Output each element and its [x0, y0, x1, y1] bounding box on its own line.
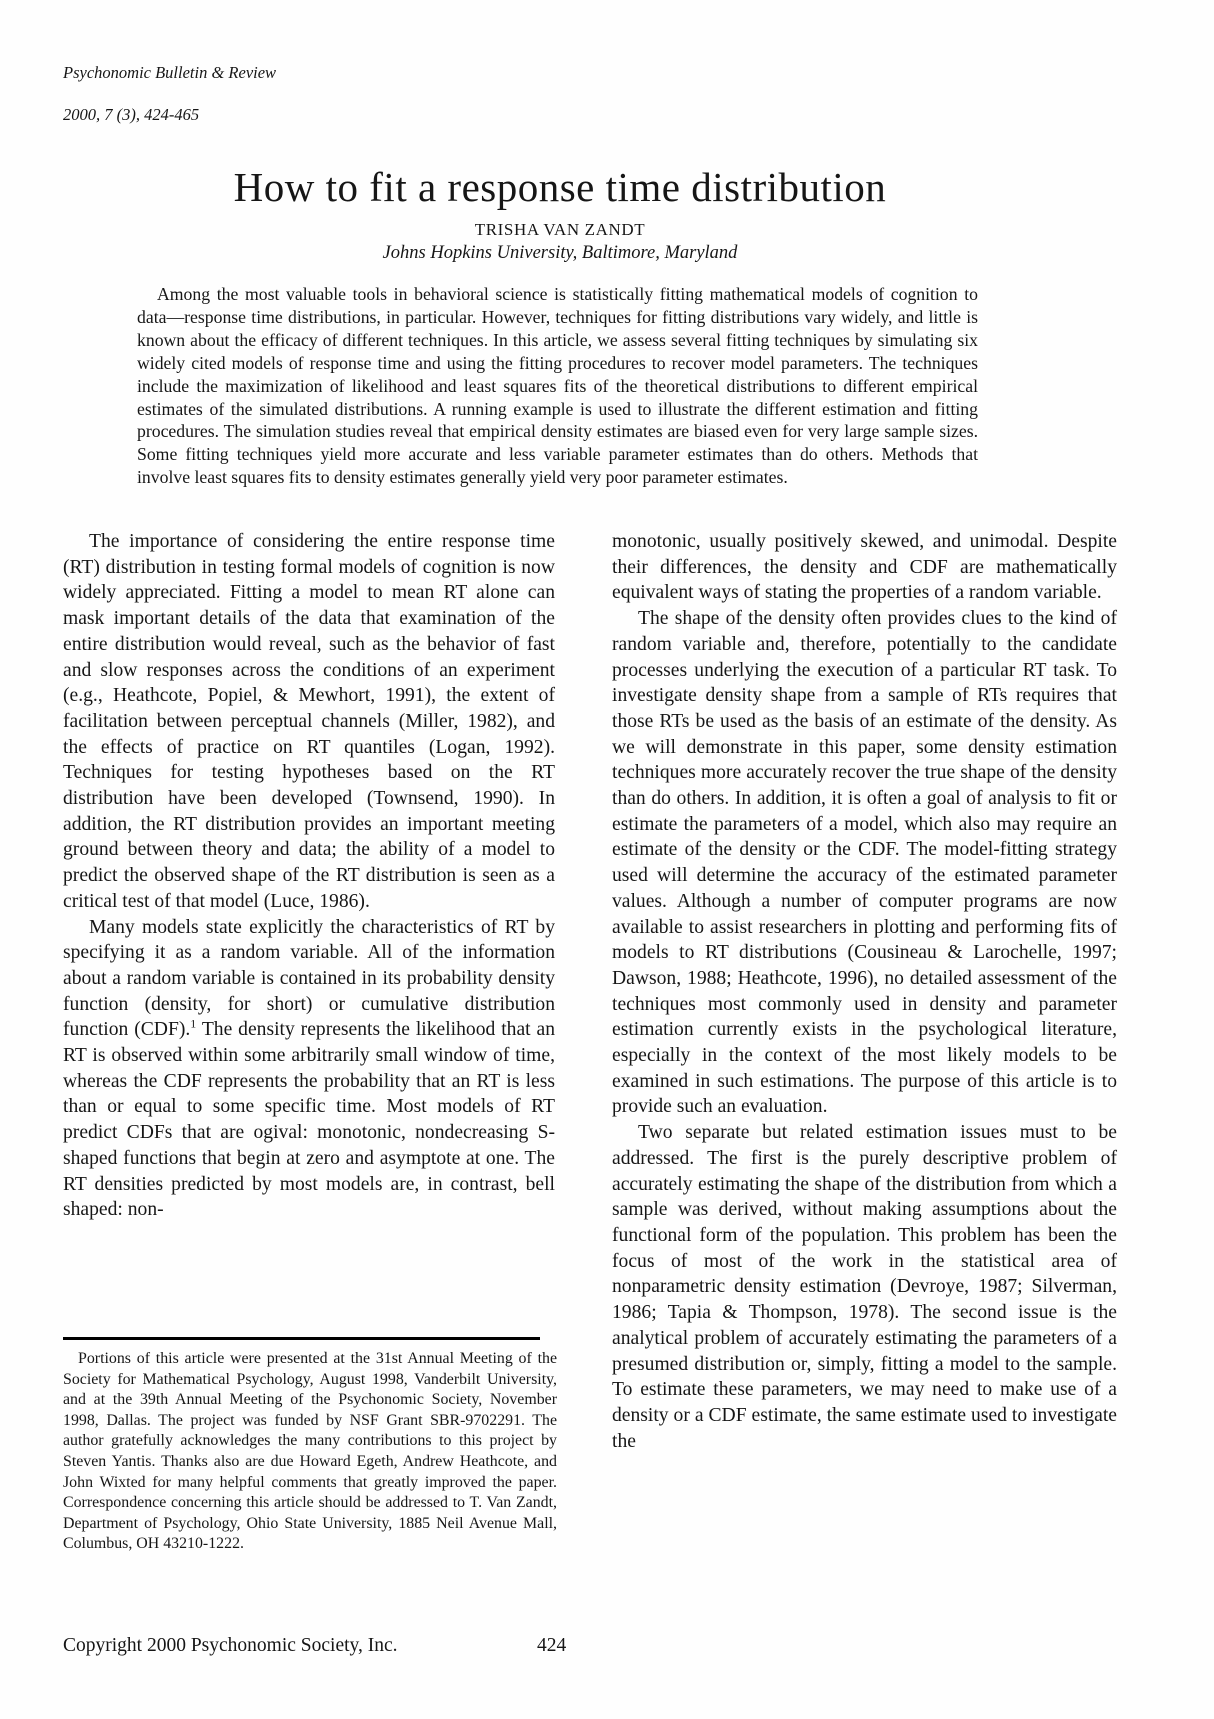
paragraph-text: The density represents the likelihood th… — [63, 1019, 555, 1220]
paragraph-text: monotonic, usually positively skewed, an… — [612, 531, 1117, 603]
footnote-divider — [63, 1337, 540, 1340]
journal-reference: Psychonomic Bulletin & Review 2000, 7 (3… — [63, 62, 276, 125]
paragraph-text: The shape of the density often provides … — [612, 608, 1117, 1117]
paragraph: The importance of considering the entire… — [63, 529, 555, 915]
paragraph: Many models state explicitly the charact… — [63, 915, 555, 1223]
body-column-right: monotonic, usually positively skewed, an… — [612, 529, 1117, 1454]
paragraph: monotonic, usually positively skewed, an… — [612, 529, 1117, 606]
journal-name: Psychonomic Bulletin & Review — [63, 63, 276, 82]
author-note: Portions of this article were presented … — [63, 1349, 557, 1555]
paragraph-text: The importance of considering the entire… — [63, 531, 555, 912]
copyright-line: Copyright 2000 Psychonomic Society, Inc. — [63, 1635, 398, 1657]
author-affiliation: Johns Hopkins University, Baltimore, Mar… — [0, 243, 1120, 264]
paragraph-text: Two separate but related estimation issu… — [612, 1122, 1117, 1451]
journal-issue: 2000, 7 (3), 424-465 — [63, 105, 199, 124]
page-title: How to fit a response time distribution — [0, 163, 1120, 211]
abstract: Among the most valuable tools in behavio… — [137, 283, 978, 489]
page-number: 424 — [537, 1635, 566, 1657]
paragraph: Two separate but related estimation issu… — [612, 1120, 1117, 1454]
paragraph: The shape of the density often provides … — [612, 606, 1117, 1120]
author-name: TRISHA VAN ZANDT — [0, 220, 1120, 240]
body-column-left: The importance of considering the entire… — [63, 529, 555, 1223]
